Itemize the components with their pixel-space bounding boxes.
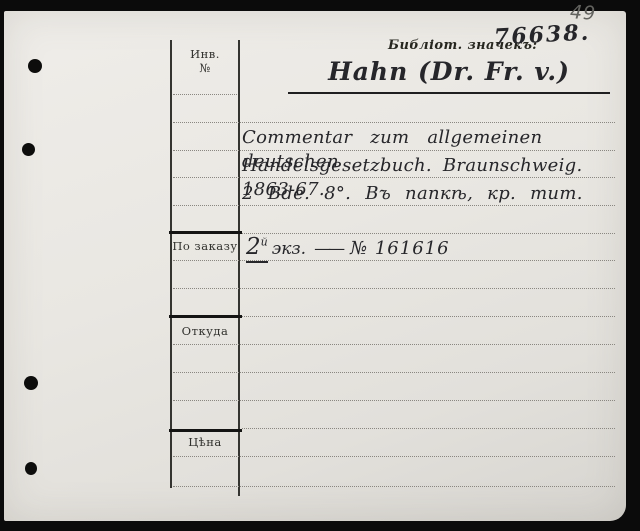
ruled-line [173, 372, 615, 373]
order-dash: —— [314, 239, 342, 259]
order-line: 2йэкз.——№ 161616 [246, 234, 450, 260]
library-mark-number: 76638. [493, 20, 590, 51]
title-underline [288, 92, 610, 94]
ruled-line [173, 400, 615, 401]
punch-hole [22, 143, 35, 156]
column-divider-left [170, 40, 172, 488]
label-inventory-line1: Инв. [172, 47, 238, 61]
ruled-line [173, 486, 615, 487]
section-divider [169, 315, 242, 318]
order-copies: 2й [246, 234, 268, 263]
ruled-line [173, 122, 615, 123]
label-price: Цѣна [172, 435, 238, 449]
punch-hole [24, 376, 38, 390]
ruled-line [173, 288, 615, 289]
ruled-line [242, 428, 615, 429]
author-title: Hahn (Dr. Fr. v.) [290, 57, 608, 86]
label-inventory-line2: № [172, 61, 238, 75]
order-number: № 161616 [350, 238, 449, 259]
scanned-catalog-card: 49 Библіот. значекъ: 76638. Hahn (Dr. Fr… [0, 0, 640, 531]
order-unit: экз. [272, 239, 306, 259]
column-divider-right [238, 40, 240, 496]
punch-hole [25, 462, 37, 475]
entry-line-3: 2 Bde. 8°. Въ папкѣ, кр. тит. [242, 182, 622, 206]
label-origin: Откуда [172, 324, 238, 338]
section-divider [169, 429, 242, 432]
ruled-line [242, 316, 615, 317]
section-divider [169, 231, 242, 234]
ruled-line [173, 260, 615, 261]
order-copies-value: 2 [246, 234, 261, 260]
label-by-order: По заказу [172, 239, 238, 253]
punch-hole [28, 59, 42, 73]
label-inventory: Инв. № [172, 47, 238, 75]
ruled-line [173, 344, 615, 345]
ruled-line [173, 94, 237, 95]
card-paper [4, 11, 626, 521]
order-copies-suffix: й [261, 235, 268, 248]
ruled-line [173, 456, 615, 457]
